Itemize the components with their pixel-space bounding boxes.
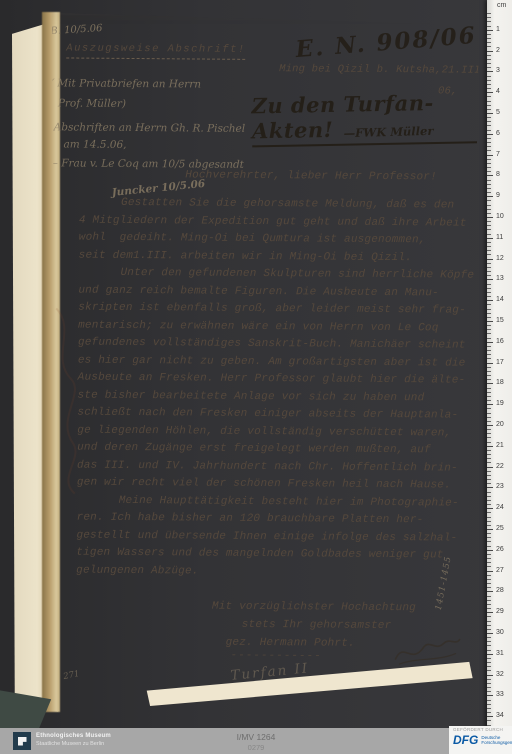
- ruler-tick-minor: [487, 159, 491, 160]
- ruler-tick-minor: [487, 641, 491, 642]
- ruler-tick-minor: [487, 450, 491, 451]
- ruler-tick-minor: [487, 76, 491, 77]
- ruler-tick-major: [487, 425, 493, 426]
- ruler-tick-minor: [487, 575, 491, 576]
- ruler-tick-minor: [487, 142, 491, 143]
- ruler-tick-minor: [487, 225, 491, 226]
- ruler-tick-minor: [487, 275, 491, 276]
- ruler-tick-major: [487, 259, 493, 260]
- ruler-tick-minor: [487, 205, 491, 206]
- ruler-tick-minor: [487, 67, 491, 68]
- ruler-number: 19: [496, 400, 504, 407]
- ruler-tick-minor: [487, 662, 491, 663]
- ruler-tick-minor: [487, 700, 491, 701]
- ruler-tick-minor: [487, 192, 491, 193]
- closing-line: stets Ihr gehorsamster: [242, 619, 392, 632]
- ruler-tick-minor: [487, 587, 491, 588]
- ruler-tick-minor: [487, 333, 491, 334]
- ruler-tick-minor: [487, 708, 491, 709]
- dfg-caption: GEFÖRDERT DURCH: [453, 727, 512, 732]
- ruler-tick-minor: [487, 666, 491, 667]
- ruler-tick-minor: [487, 346, 491, 347]
- ruler-tick-major: [487, 238, 493, 239]
- ruler-number: 23: [496, 483, 504, 490]
- dfg-name: Deutsche Forschungsgemeinschaft: [481, 735, 512, 746]
- ruler-tick-minor: [487, 500, 491, 501]
- ink-heading-signature: —FWK Müller: [343, 124, 433, 140]
- ruler-tick-minor: [487, 579, 491, 580]
- ruler-number: 10: [496, 213, 504, 220]
- ruler-number: 15: [496, 317, 504, 324]
- ruler-number: 11: [496, 234, 503, 241]
- ruler-tick-minor: [487, 309, 491, 310]
- ruler-number: 28: [496, 587, 504, 594]
- ruler-number: 13: [496, 275, 504, 282]
- ruler-tick-minor: [487, 34, 491, 35]
- ruler-number: 32: [496, 671, 504, 678]
- copy-label: Auszugsweise Abschrift!: [66, 42, 246, 59]
- ruler-tick-minor: [487, 679, 491, 680]
- ruler-tick-minor: [487, 658, 491, 659]
- ruler-tick-minor: [487, 338, 491, 339]
- letter-body: Gestatten Sie die gehorsamste Meldung, d…: [76, 195, 483, 583]
- pencil-title-note: Turfan II: [230, 660, 310, 684]
- pencil-note: ( Mit Privatbriefen an Herrn: [50, 76, 300, 93]
- ruler-tick-minor: [487, 408, 491, 409]
- ruler-tick-major: [487, 279, 493, 280]
- ruler-tick-minor: [487, 458, 491, 459]
- ruler-tick-minor: [487, 645, 491, 646]
- ruler-tick-minor: [487, 200, 491, 201]
- ruler-tick-minor: [487, 442, 491, 443]
- ruler-tick-minor: [487, 596, 491, 597]
- ruler-tick-minor: [487, 117, 491, 118]
- ruler-tick-minor: [487, 437, 491, 438]
- ruler-number: 17: [496, 359, 504, 366]
- ruler-tick-minor: [487, 371, 491, 372]
- ruler-tick-minor: [487, 375, 491, 376]
- ruler-tick-minor: [487, 621, 491, 622]
- ruler-tick-minor: [487, 267, 491, 268]
- ruler-tick-minor: [487, 250, 491, 251]
- ruler-tick-minor: [487, 712, 491, 713]
- ruler-tick-minor: [487, 167, 491, 168]
- ruler-tick-minor: [487, 479, 491, 480]
- ruler-tick-minor: [487, 242, 491, 243]
- typed-line: gelungenen Abzüge.: [76, 562, 480, 583]
- ruler-tick-minor: [487, 541, 491, 542]
- ruler-tick-minor: [487, 650, 491, 651]
- ruler-tick-minor: [487, 171, 491, 172]
- ruler-tick-minor: [487, 125, 491, 126]
- ruler-unit-label: cm: [497, 2, 506, 9]
- ruler-number: 9: [496, 192, 500, 199]
- ruler-number: 14: [496, 296, 504, 303]
- ruler-tick-major: [487, 716, 493, 717]
- ruler-tick-major: [487, 92, 493, 93]
- ruler-tick-minor: [487, 625, 491, 626]
- ruler-tick-minor: [487, 392, 491, 393]
- ruler-tick-major: [487, 155, 493, 156]
- ruler-tick-minor: [487, 600, 491, 601]
- ruler-tick-minor: [487, 55, 491, 56]
- ruler-tick-minor: [487, 683, 491, 684]
- ruler-number: 18: [496, 379, 504, 386]
- ruler-tick-minor: [487, 475, 491, 476]
- letter-page: B. 10/5.06 Auszugsweise Abschrift! E. N.…: [0, 0, 512, 754]
- ruler-tick-minor: [487, 421, 491, 422]
- ruler-tick-minor: [487, 188, 491, 189]
- ruler-tick-major: [487, 113, 493, 114]
- ruler-tick-minor: [487, 388, 491, 389]
- ruler-number: 21: [496, 442, 504, 449]
- ruler-tick-minor: [487, 400, 491, 401]
- ruler-tick-minor: [487, 517, 491, 518]
- ruler-tick-major: [487, 196, 493, 197]
- ruler-number: 1: [496, 26, 500, 33]
- ruler-number: 6: [496, 130, 500, 137]
- letter-page-content: B. 10/5.06 Auszugsweise Abschrift! E. N.…: [0, 0, 512, 754]
- ruler-tick-minor: [487, 146, 491, 147]
- ruler-tick-minor: [487, 462, 491, 463]
- ink-flourish: [389, 631, 465, 672]
- ruler-tick-minor: [487, 521, 491, 522]
- dateline: Ming bei Qizil b. Kutsha,21.III.: [279, 63, 487, 77]
- ruler-tick-minor: [487, 691, 491, 692]
- ruler-number: 5: [496, 109, 500, 116]
- ruler-tick-minor: [487, 180, 491, 181]
- ruler-tick-minor: [487, 101, 491, 102]
- ruler-tick-major: [487, 71, 493, 72]
- ruler-tick-minor: [487, 492, 491, 493]
- ruler-tick-minor: [487, 63, 491, 64]
- ruler-tick-minor: [487, 121, 491, 122]
- ruler-tick-minor: [487, 562, 491, 563]
- ruler-tick-minor: [487, 313, 491, 314]
- pencil-note: am 14.5.06,: [63, 137, 313, 154]
- ruler-tick-major: [487, 217, 493, 218]
- ruler-number: 22: [496, 463, 504, 470]
- ruler-tick-major: [487, 487, 493, 488]
- ruler-tick-minor: [487, 105, 491, 106]
- ruler-tick-minor: [487, 234, 491, 235]
- ruler-tick-minor: [487, 554, 491, 555]
- inventory-number: I/MV 1264: [0, 732, 512, 742]
- ruler-number: 16: [496, 338, 504, 345]
- ruler-tick-minor: [487, 533, 491, 534]
- ruler-tick-major: [487, 654, 493, 655]
- ruler-tick-major: [487, 30, 493, 31]
- ruler-tick-minor: [487, 246, 491, 247]
- ruler-tick-minor: [487, 471, 491, 472]
- ruler-tick-minor: [487, 284, 491, 285]
- ruler-tick-major: [487, 633, 493, 634]
- ruler-tick-minor: [487, 288, 491, 289]
- ruler-number: 2: [496, 47, 500, 54]
- ruler-tick-minor: [487, 558, 491, 559]
- ruler-number: 30: [496, 629, 504, 636]
- ruler-tick-major: [487, 467, 493, 468]
- ruler-tick-minor: [487, 454, 491, 455]
- ruler-tick-minor: [487, 184, 491, 185]
- ruler-tick-minor: [487, 59, 491, 60]
- ruler-tick-minor: [487, 413, 491, 414]
- ruler-tick-minor: [487, 367, 491, 368]
- ruler-tick-major: [487, 508, 493, 509]
- ruler-tick-major: [487, 591, 493, 592]
- ruler-tick-minor: [487, 109, 491, 110]
- ruler-tick-major: [487, 383, 493, 384]
- ruler-tick-minor: [487, 163, 491, 164]
- ruler-tick-minor: [487, 512, 491, 513]
- ruler-tick-minor: [487, 271, 491, 272]
- ruler-tick-major: [487, 134, 493, 135]
- pencil-note: Abschriften an Herrn Gh. R. Pischel: [54, 120, 304, 137]
- ruler-tick-major: [487, 342, 493, 343]
- ruler-tick-minor: [487, 417, 491, 418]
- ruler-tick-minor: [487, 358, 491, 359]
- ruler-number: 24: [496, 504, 504, 511]
- ruler-tick-major: [487, 571, 493, 572]
- pencil-page-note: 271: [63, 669, 81, 682]
- ruler-tick-major: [487, 695, 493, 696]
- ruler-tick-minor: [487, 84, 491, 85]
- ruler-tick-minor: [487, 17, 491, 18]
- ruler-tick-minor: [487, 263, 491, 264]
- ruler-tick-major: [487, 550, 493, 551]
- ruler-tick-minor: [487, 525, 491, 526]
- pencil-date-note: B. 10/5.06: [50, 23, 103, 37]
- ruler-tick-minor: [487, 504, 491, 505]
- ruler-tick-minor: [487, 604, 491, 605]
- ruler-tick-minor: [487, 96, 491, 97]
- dfg-logo: DFG: [453, 734, 478, 746]
- ruler-tick-minor: [487, 546, 491, 547]
- ruler-tick-major: [487, 446, 493, 447]
- ruler-tick-minor: [487, 229, 491, 230]
- ruler-tick-minor: [487, 637, 491, 638]
- ruler-tick-minor: [487, 317, 491, 318]
- ruler-tick-minor: [487, 496, 491, 497]
- ruler-tick-minor: [487, 325, 491, 326]
- ruler-tick-minor: [487, 429, 491, 430]
- ruler-tick-minor: [487, 38, 491, 39]
- ruler-tick-minor: [487, 26, 491, 27]
- ruler-tick-minor: [487, 354, 491, 355]
- ruler-tick-minor: [487, 42, 491, 43]
- ruler-tick-minor: [487, 629, 491, 630]
- ruler-tick-minor: [487, 209, 491, 210]
- ruler-number: 33: [496, 691, 504, 698]
- ruler-tick-major: [487, 321, 493, 322]
- ruler-tick-minor: [487, 130, 491, 131]
- ruler-number: 29: [496, 608, 504, 615]
- closing-line: Mit vorzüglichster Hochachtung: [212, 601, 416, 615]
- ruler-tick-minor: [487, 483, 491, 484]
- ruler-tick-minor: [487, 396, 491, 397]
- scan-page-number: 0279: [0, 743, 512, 752]
- ruler-tick-minor: [487, 304, 491, 305]
- ruler-tick-minor: [487, 21, 491, 22]
- salutation: Hochverehrter, lieber Herr Professor!: [185, 169, 437, 183]
- ruler-tick-minor: [487, 379, 491, 380]
- ruler-tick-minor: [487, 150, 491, 151]
- ruler-tick-major: [487, 175, 493, 176]
- ruler-tick-major: [487, 404, 493, 405]
- ruler-tick-minor: [487, 292, 491, 293]
- ruler-tick-major: [487, 612, 493, 613]
- ruler-number: 26: [496, 546, 504, 553]
- ruler-tick-minor: [487, 350, 491, 351]
- ruler-number: 34: [496, 712, 504, 719]
- ruler-tick-minor: [487, 537, 491, 538]
- ruler-number: 31: [496, 650, 504, 657]
- signature-line: gez. Hermann Pohrt.: [226, 637, 355, 650]
- ruler-tick-major: [487, 363, 493, 364]
- ruler-tick-minor: [487, 80, 491, 81]
- ruler-number: 3: [496, 67, 500, 74]
- ruler-number: 20: [496, 421, 504, 428]
- ruler-tick-minor: [487, 46, 491, 47]
- ruler-number: 25: [496, 525, 504, 532]
- ruler-tick-minor: [487, 433, 491, 434]
- ruler: cm 1234567891011121314151617181920212223…: [487, 0, 512, 754]
- ruler-tick-minor: [487, 221, 491, 222]
- ruler-tick-minor: [487, 329, 491, 330]
- dfg-logo-block: GEFÖRDERT DURCH DFG Deutsche Forschungsg…: [449, 726, 512, 754]
- ruler-number: 12: [496, 255, 504, 262]
- ruler-tick-minor: [487, 583, 491, 584]
- ruler-tick-minor: [487, 704, 491, 705]
- ruler-tick-minor: [487, 296, 491, 297]
- ruler-number: 27: [496, 567, 504, 574]
- ruler-tick-major: [487, 675, 493, 676]
- ruler-tick-major: [487, 51, 493, 52]
- pencil-note: Prof. Müller): [58, 96, 308, 113]
- ruler-tick-major: [487, 529, 493, 530]
- ruler-tick-minor: [487, 616, 491, 617]
- ruler-tick-minor: [487, 88, 491, 89]
- ruler-tick-minor: [487, 566, 491, 567]
- ruler-tick-minor: [487, 608, 491, 609]
- ruler-tick-minor: [487, 254, 491, 255]
- ruler-tick-minor: [487, 670, 491, 671]
- ruler-tick-minor: [487, 138, 491, 139]
- ruler-number: 4: [496, 88, 500, 95]
- ruler-number: 8: [496, 171, 500, 178]
- ruler-tick-minor: [487, 720, 491, 721]
- ruler-tick-minor: [487, 687, 491, 688]
- ruler-tick-major: [487, 300, 493, 301]
- ruler-tick-minor: [487, 213, 491, 214]
- ink-file-number: E. N. 908/06: [295, 22, 478, 63]
- ruler-tick-minor: [487, 13, 491, 14]
- ruler-number: 7: [496, 151, 500, 158]
